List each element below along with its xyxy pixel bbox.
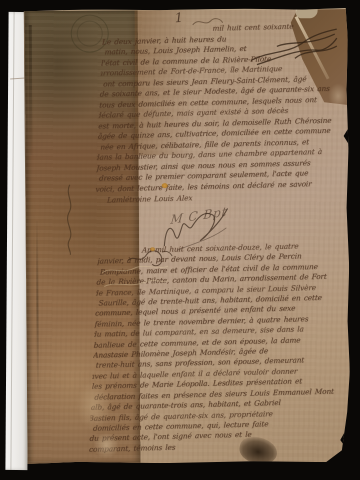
faded-marginal-writing-icon xyxy=(100,262,170,296)
wax-spot xyxy=(150,247,155,251)
page-edge-tear-mark xyxy=(10,78,25,80)
stamp-inner-ring xyxy=(77,21,103,47)
vertical-pen-trial-icon xyxy=(62,183,78,257)
edge-tear-bite xyxy=(340,419,350,457)
entry1-text-block: mil huit cent soixante Le deux janvier, … xyxy=(95,20,349,206)
worn-patch xyxy=(89,428,123,462)
manuscript-sheet: 1 mil huit cent soixante Le deux janvier… xyxy=(24,8,351,464)
page-edge-crease xyxy=(10,12,14,470)
stain-streak xyxy=(36,221,39,391)
scanned-archive-photo: { "colors": { "frame_black": "#0a0806", … xyxy=(0,0,360,480)
worn-patch xyxy=(325,79,350,113)
wax-spot xyxy=(162,183,168,188)
stain-streak xyxy=(29,25,33,155)
